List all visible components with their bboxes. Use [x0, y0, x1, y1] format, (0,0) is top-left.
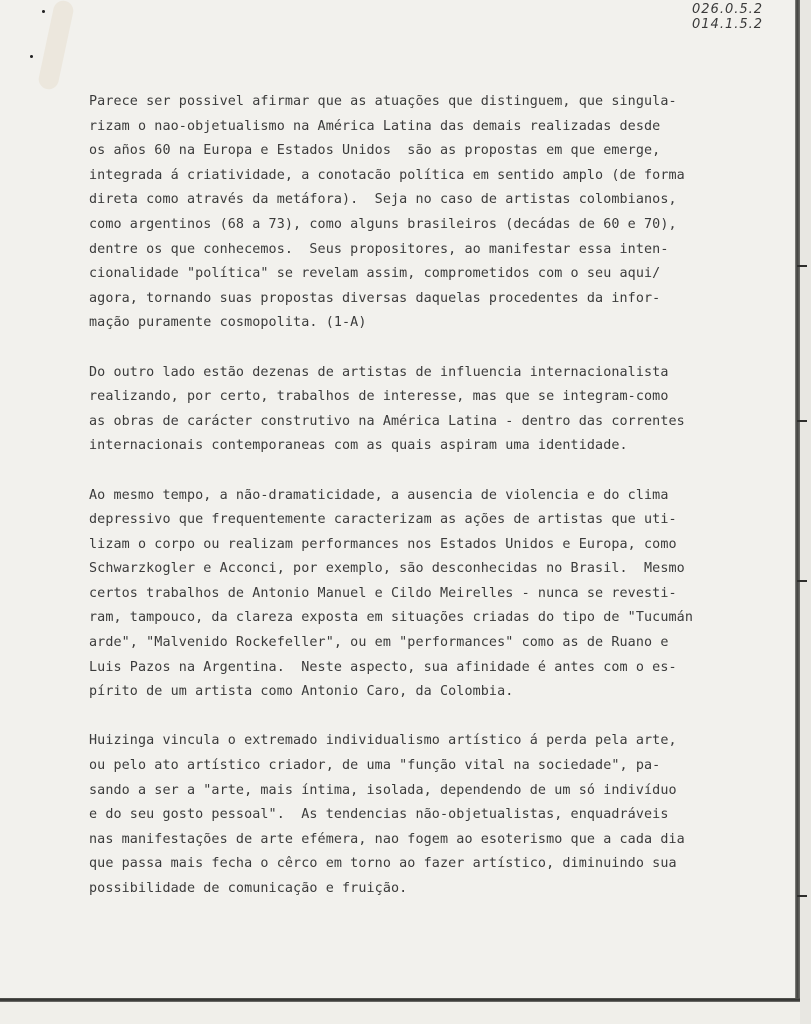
text-line: ou pelo ato artístico criador, de uma "f… — [89, 754, 709, 779]
text-line: Do outro lado estão dezenas de artistas … — [89, 361, 709, 386]
paragraph: Huizinga vincula o extremado individuali… — [89, 729, 709, 901]
text-line: realizando, por certo, trabalhos de inte… — [89, 385, 709, 410]
text-line: lizam o corpo ou realizam performances n… — [89, 533, 709, 558]
scan-margin — [800, 0, 811, 1024]
text-line: Huizinga vincula o extremado individuali… — [89, 729, 709, 754]
text-line: ram, tampouco, da clareza exposta em sit… — [89, 606, 709, 631]
text-line: as obras de carácter construtivo na Amér… — [89, 410, 709, 435]
text-line: Parece ser possivel afirmar que as atuaç… — [89, 90, 709, 115]
scan-bottom-margin — [0, 1002, 800, 1024]
text-line: Luis Pazos na Argentina. Neste aspecto, … — [89, 656, 709, 681]
text-line: e do seu gosto pessoal". As tendencias n… — [89, 803, 709, 828]
text-line: integrada á criatividade, a conotacão po… — [89, 164, 709, 189]
text-line: agora, tornando suas propostas diversas … — [89, 287, 709, 312]
text-line: depressivo que frequentemente caracteriz… — [89, 508, 709, 533]
text-line: Schwarzkogler e Acconci, por exemplo, sã… — [89, 557, 709, 582]
paragraph: Ao mesmo tempo, a não-dramaticidade, a a… — [89, 484, 709, 705]
reference-number: 026.0.5.2 — [692, 2, 763, 17]
paragraph: Parece ser possivel afirmar que as atuaç… — [89, 90, 709, 336]
text-line: arde", "Malvenido Rockefeller", ou em "p… — [89, 631, 709, 656]
text-line: mação puramente cosmopolita. (1-A) — [89, 311, 709, 336]
edge-mark — [797, 895, 807, 897]
speck — [30, 55, 33, 58]
text-line: rizam o nao-objetualismo na América Lati… — [89, 115, 709, 140]
speck — [42, 10, 45, 13]
text-line: pírito de um artista como Antonio Caro, … — [89, 680, 709, 705]
text-line: como argentinos (68 a 73), como alguns b… — [89, 213, 709, 238]
text-line: os años 60 na Europa e Estados Unidos sã… — [89, 139, 709, 164]
text-line: Ao mesmo tempo, a não-dramaticidade, a a… — [89, 484, 709, 509]
text-line: cionalidade "política" se revelam assim,… — [89, 262, 709, 287]
edge-mark — [797, 580, 807, 582]
text-line: direta como através da metáfora). Seja n… — [89, 188, 709, 213]
text-line: certos trabalhos de Antonio Manuel e Cil… — [89, 582, 709, 607]
document-body: Parece ser possivel afirmar que as atuaç… — [89, 90, 709, 926]
reference-number: 014.1.5.2 — [692, 17, 763, 32]
text-line: internacionais contemporaneas com as qua… — [89, 434, 709, 459]
archive-reference-numbers: 026.0.5.2 014.1.5.2 — [692, 2, 763, 32]
edge-mark — [797, 420, 807, 422]
text-line: dentre os que conhecemos. Seus proposito… — [89, 238, 709, 263]
text-line: sando a ser a "arte, mais íntima, isolad… — [89, 779, 709, 804]
text-line: nas manifestações de arte efémera, nao f… — [89, 828, 709, 853]
paragraph: Do outro lado estão dezenas de artistas … — [89, 361, 709, 459]
text-line: que passa mais fecha o cêrco em torno ao… — [89, 852, 709, 877]
text-line: possibilidade de comunicação e fruição. — [89, 877, 709, 902]
edge-mark — [797, 265, 807, 267]
